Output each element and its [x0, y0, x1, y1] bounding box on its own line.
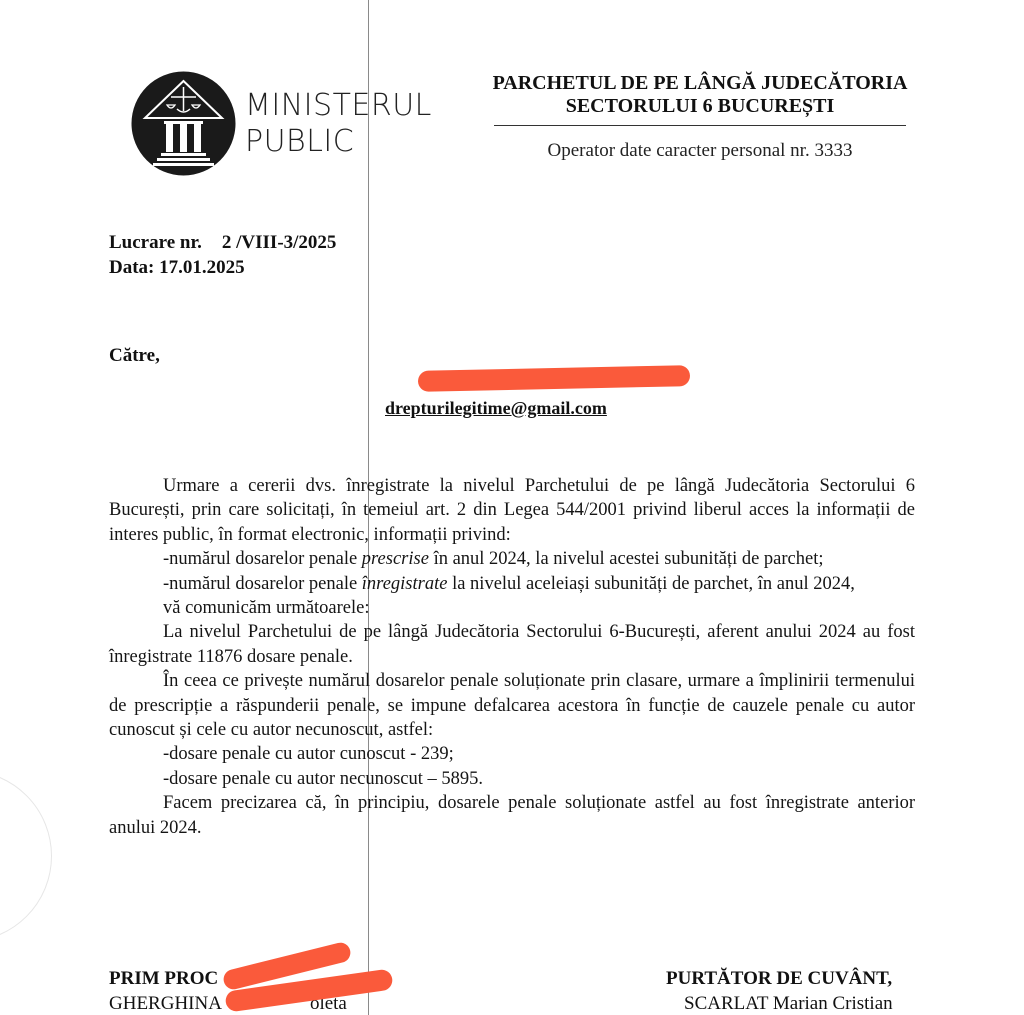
right-signatory-title: PURTĂTOR DE CUVÂNT,: [666, 966, 893, 991]
institution-name-line-2: SECTORULUI 6 BUCUREȘTI: [470, 95, 930, 118]
redaction-recipient-name: [418, 365, 690, 392]
lucrare-number: 2 /VIII-3/2025: [222, 232, 337, 253]
signature-right: PURTĂTOR DE CUVÂNT, SCARLAT Marian Crist…: [666, 966, 893, 1015]
letter-body: Urmare a cererii dvs. înregistrate la ni…: [109, 474, 915, 840]
courthouse-scales-emblem-icon: [131, 71, 236, 176]
institution-name-line-1: PARCHETUL DE PE LÂNGĂ JUDECĂTORIA: [470, 72, 930, 95]
lucrare-label: Lucrare nr.: [109, 232, 202, 253]
document-reference: Lucrare nr.2 /VIII-3/2025 Data: 17.01.20…: [109, 230, 336, 280]
logo-line-1: MINISTERUL: [245, 88, 432, 124]
communicate-line: vă comunicăm următoarele:: [109, 596, 915, 620]
classification-paragraph: În ceea ce privește numărul dosarelor pe…: [109, 669, 915, 742]
recipient-email: drepturilegitime@gmail.com: [385, 398, 607, 419]
request-item-1: -numărul dosarelor penale prescrise în a…: [109, 547, 915, 571]
unknown-author-count: -dosare penale cu autor necunoscut – 589…: [109, 767, 915, 791]
intro-paragraph: Urmare a cererii dvs. înregistrate la ni…: [109, 474, 915, 547]
institution-header: PARCHETUL DE PE LÂNGĂ JUDECĂTORIA SECTOR…: [470, 72, 930, 162]
registered-cases-paragraph: La nivelul Parchetului de pe lângă Judec…: [109, 620, 915, 669]
right-signatory-name: SCARLAT Marian Cristian: [666, 991, 893, 1015]
date-label: Data:: [109, 257, 154, 278]
salutation: Către,: [109, 345, 160, 367]
document-date: 17.01.2025: [159, 257, 245, 278]
closing-note: Facem precizarea că, în principiu, dosar…: [109, 791, 915, 840]
logo-line-2: PUBLIC: [245, 124, 432, 160]
data-operator-number: Operator date caracter personal nr. 3333: [470, 140, 930, 162]
header-divider: [494, 125, 906, 126]
known-author-count: -dosare penale cu autor cunoscut - 239;: [109, 742, 915, 766]
request-item-2: -numărul dosarelor penale înregistrate l…: [109, 572, 915, 596]
background-circle-artifact: [0, 770, 52, 942]
ministry-logo-text: MINISTERUL PUBLIC: [245, 88, 432, 160]
